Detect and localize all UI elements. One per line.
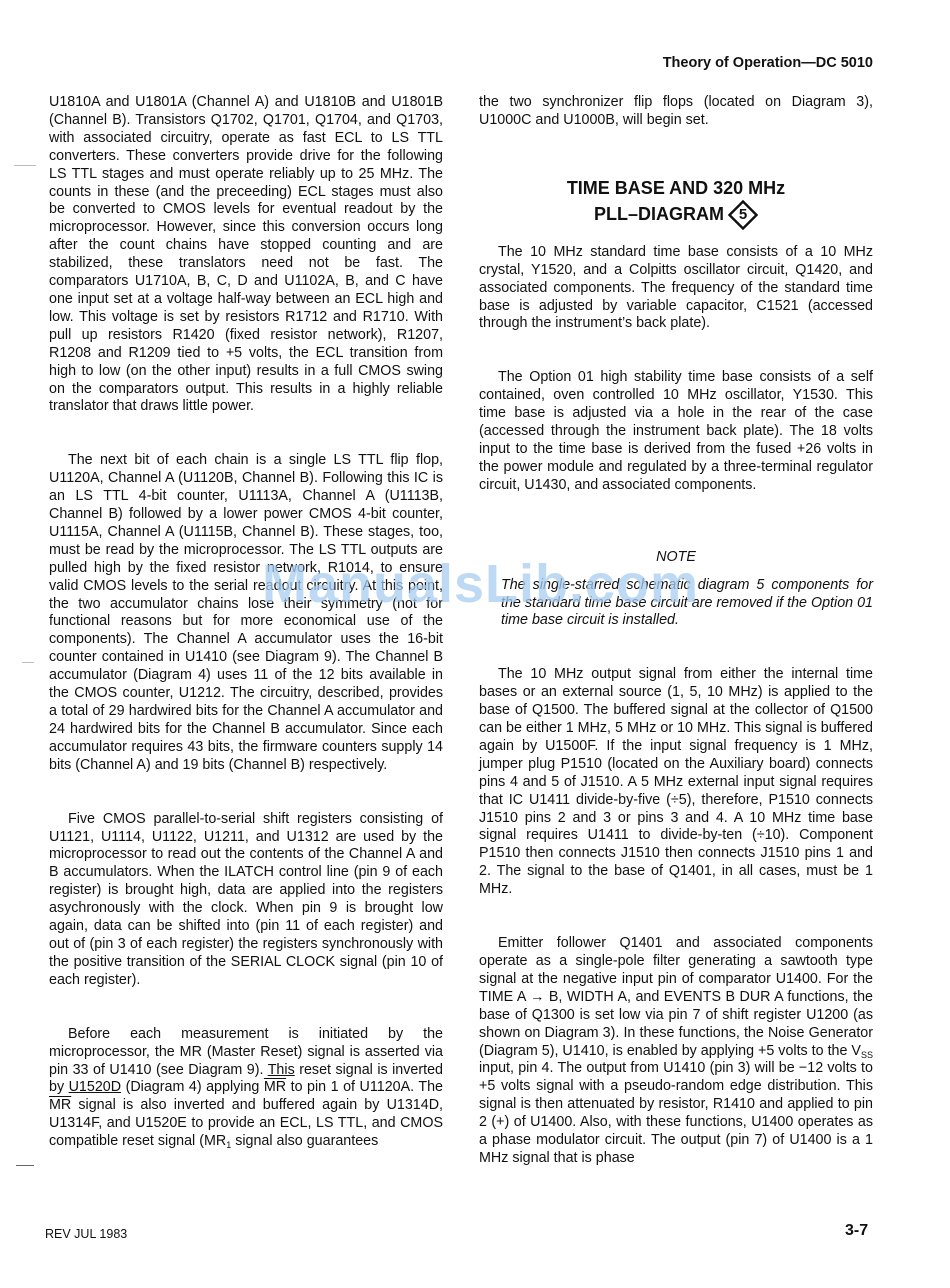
continuation-paragraph: the two synchronizer flip flops (located…	[479, 94, 873, 130]
margin-mark	[14, 165, 36, 166]
heading-line-1: TIME BASE AND 320 MHz	[479, 177, 873, 200]
paragraph: The Option 01 high stability time base c…	[479, 369, 873, 494]
text-run: Emitter follower Q1401 and associated co…	[479, 935, 873, 1058]
margin-mark	[16, 1165, 34, 1166]
page-number: 3-7	[845, 1222, 868, 1240]
heading-text: PLL–DIAGRAM	[594, 203, 724, 226]
margin-mark	[22, 662, 34, 663]
section-heading: TIME BASE AND 320 MHz PLL–DIAGRAM 5	[479, 177, 873, 230]
underlined-text: U1520D	[69, 1079, 121, 1095]
running-head: Theory of Operation—DC 5010	[663, 55, 873, 71]
text-run: signal also guarantees	[231, 1133, 378, 1149]
text-run: input, pin 4. The output from U1410 (pin…	[479, 1060, 873, 1166]
subscript: SS	[861, 1050, 873, 1060]
note-title: NOTE	[479, 549, 873, 567]
paragraph: The 10 MHz output signal from either the…	[479, 666, 873, 899]
paragraph: Five CMOS parallel-to-serial shift regis…	[49, 811, 443, 990]
note-body: The single-starred schematic diagram 5 c…	[501, 577, 873, 631]
underlined-text: This	[268, 1062, 295, 1078]
paragraph: The 10 MHz standard time base consists o…	[479, 244, 873, 334]
text-run: to pin 1 of U1120A. The	[286, 1079, 443, 1095]
heading-line-2: PLL–DIAGRAM 5	[594, 200, 758, 230]
overlined-signal: MR	[49, 1097, 71, 1113]
diagram-number: 5	[728, 200, 758, 230]
text-run: (Diagram 4) applying	[121, 1079, 264, 1095]
paragraph-master-reset: Before each measurement is initiated by …	[49, 1026, 443, 1151]
left-column: U1810A and U1801A (Channel A) and U1810B…	[49, 94, 443, 1151]
overlined-signal: MR	[264, 1079, 286, 1095]
paragraph-emitter-follower: Emitter follower Q1401 and associated co…	[479, 935, 873, 1168]
diagram-number-diamond-icon: 5	[728, 200, 758, 230]
right-column: the two synchronizer flip flops (located…	[479, 94, 873, 1168]
paragraph: U1810A and U1801A (Channel A) and U1810B…	[49, 94, 443, 416]
revision-date: REV JUL 1983	[45, 1227, 127, 1241]
paragraph: The next bit of each chain is a single L…	[49, 452, 443, 774]
